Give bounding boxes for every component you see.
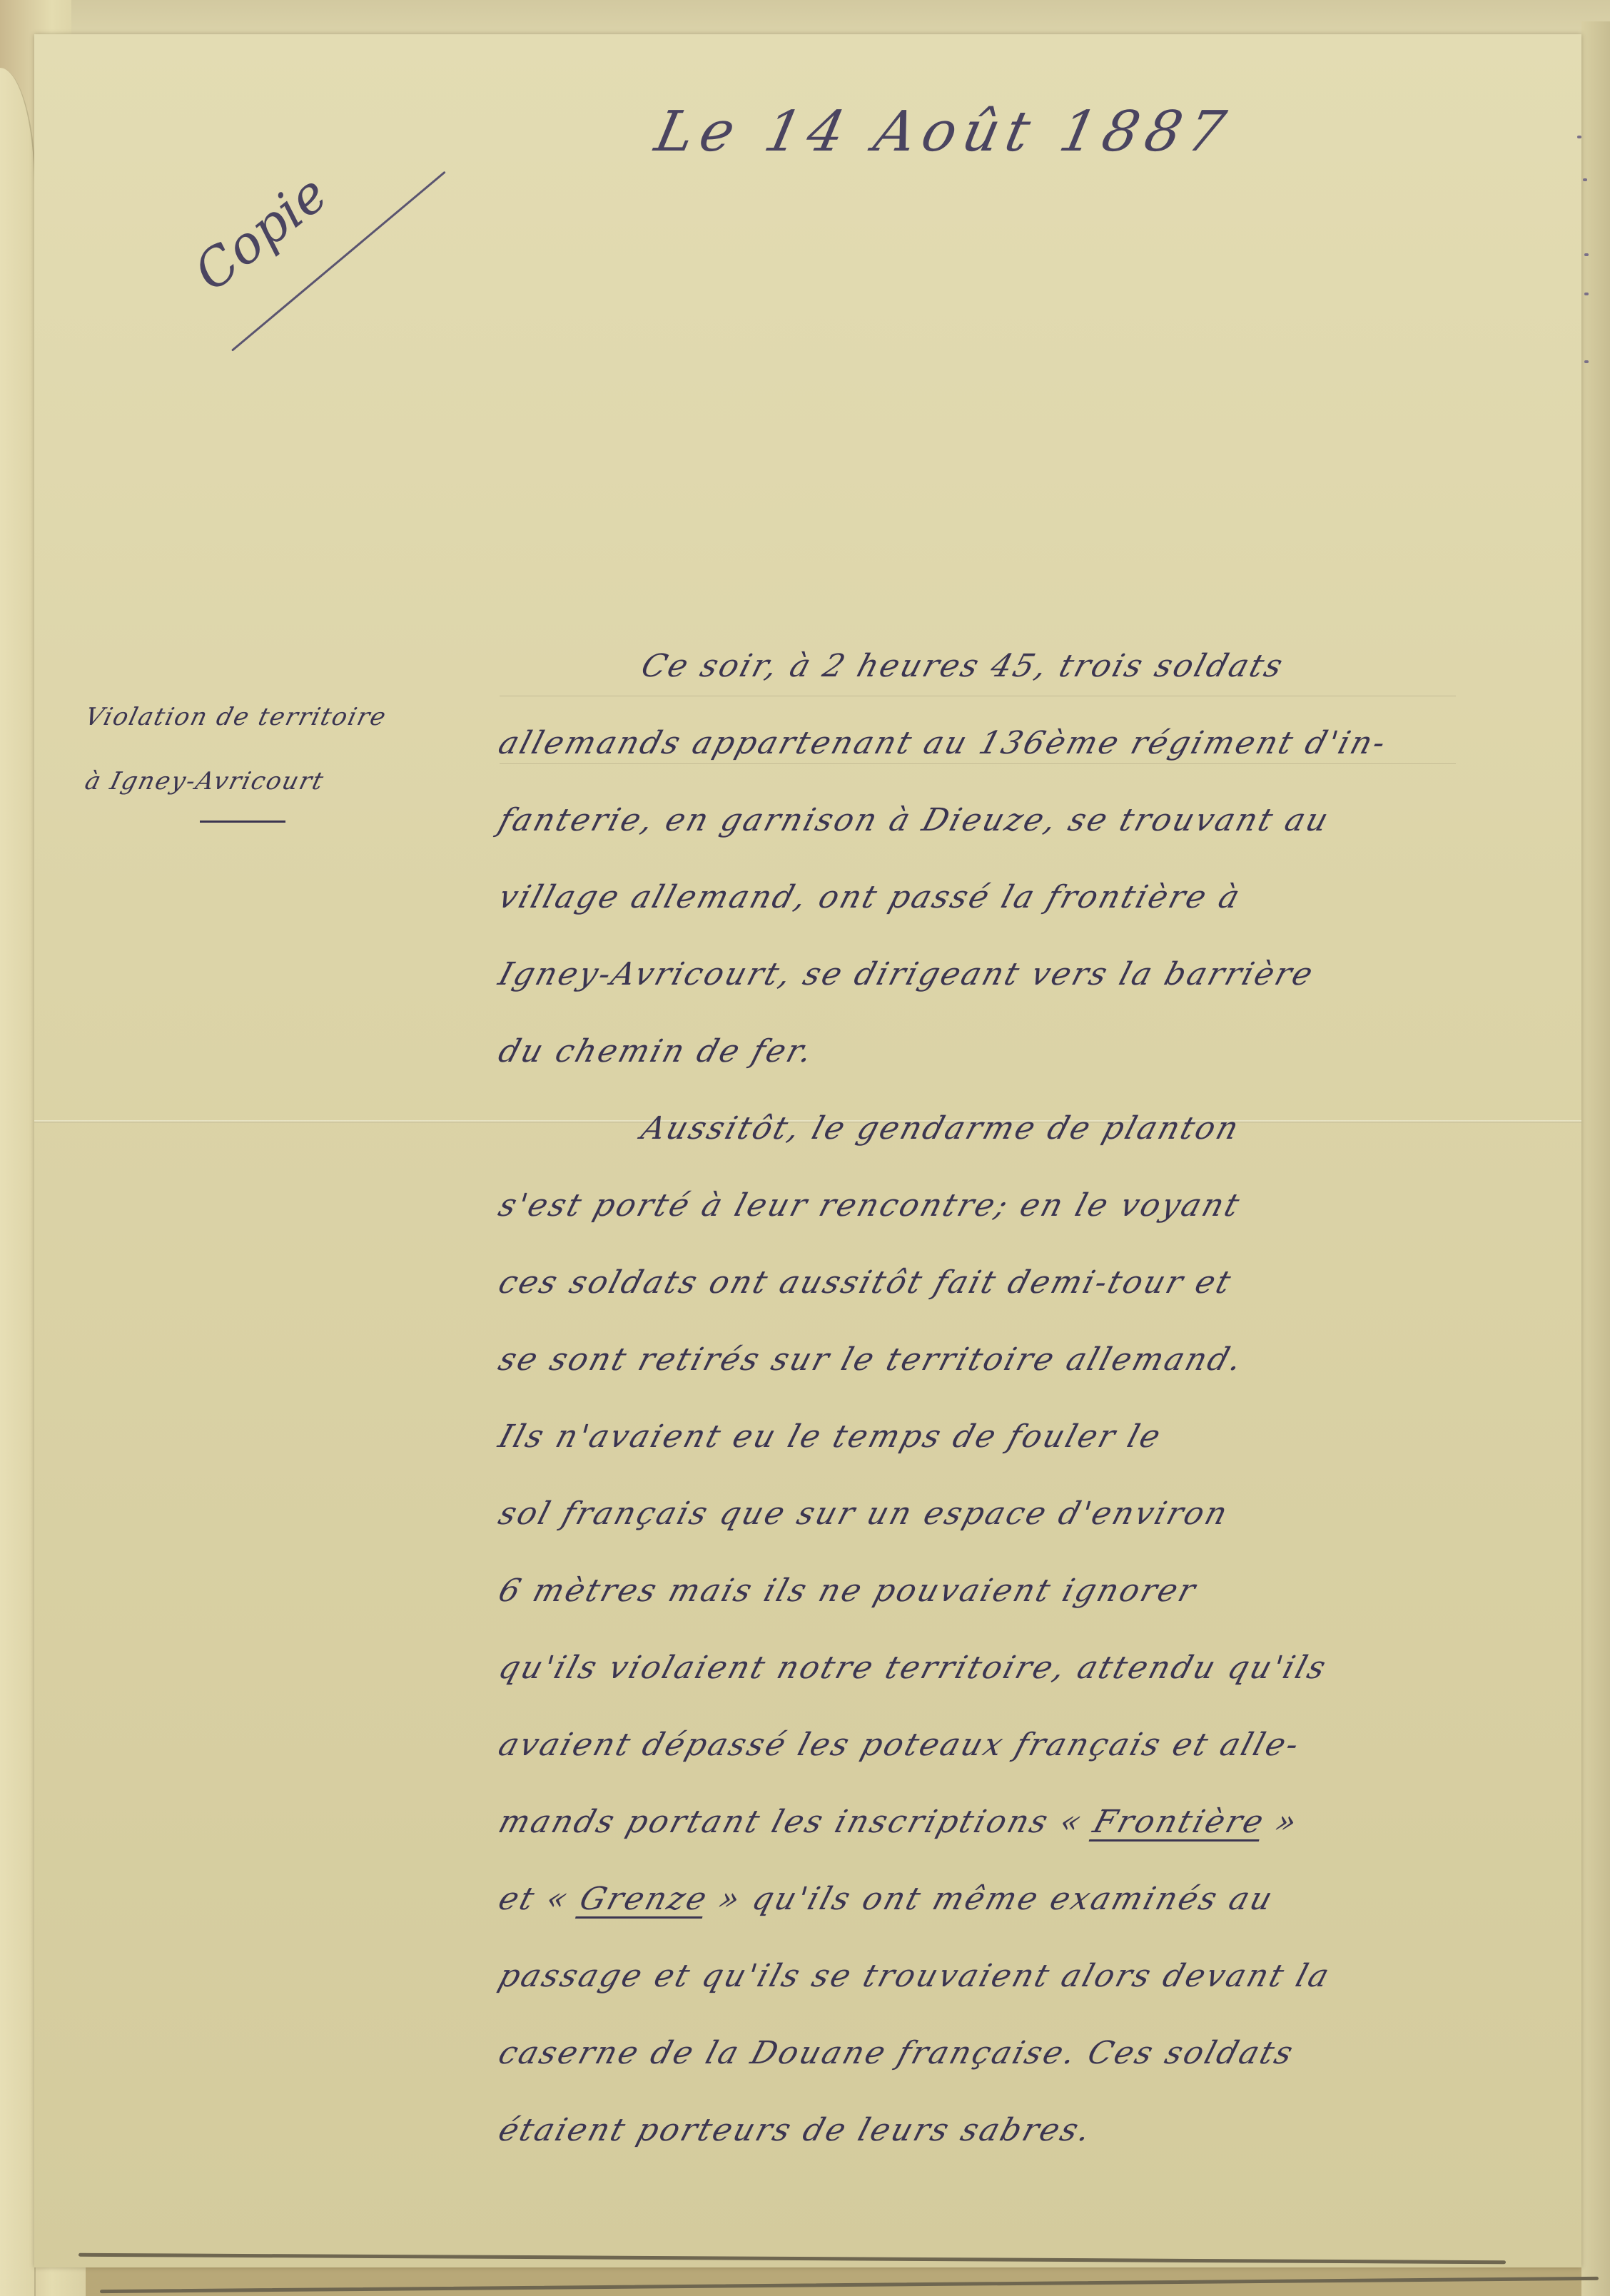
margin-note-line: à Igney-Avricourt <box>78 749 422 813</box>
body-line: s'est porté à leur rencontre; en le voya… <box>489 1167 1467 1244</box>
body-line: qu'ils violaient notre territoire, atten… <box>489 1630 1467 1707</box>
margin-note: Violation de territoire à Igney-Avricour… <box>86 685 414 823</box>
body-line: avaient dépassé les poteaux français et … <box>489 1707 1467 1784</box>
margin-note-underline <box>200 821 285 823</box>
letter-date: Le 14 Août 1887 <box>649 100 1237 164</box>
underlying-page-curl <box>0 68 36 2296</box>
letter-body: Ce soir, à 2 heures 45, trois soldats al… <box>500 628 1456 2169</box>
body-line: Ce soir, à 2 heures 45, trois soldats <box>489 628 1467 705</box>
body-line: caserne de la Douane française. Ces sold… <box>489 2015 1467 2092</box>
body-line: et « Grenze » qu'ils ont même examinés a… <box>489 1861 1467 1938</box>
body-line: village allemand, ont passé la frontière… <box>489 859 1467 936</box>
body-line: ces soldats ont aussitôt fait demi-tour … <box>489 1244 1467 1321</box>
body-line: sol français que sur un espace d'environ <box>489 1475 1467 1553</box>
edge-mark <box>1583 178 1587 181</box>
edge-mark <box>1584 253 1589 256</box>
body-line: Aussitôt, le gendarme de planton <box>489 1090 1467 1167</box>
edge-mark <box>1584 293 1589 295</box>
body-line: Igney-Avricourt, se dirigeant vers la ba… <box>489 936 1467 1013</box>
edge-mark <box>1584 360 1589 363</box>
body-line: 6 mètres mais ils ne pouvaient ignorer <box>489 1553 1467 1630</box>
body-line: passage et qu'ils se trouvaient alors de… <box>489 1938 1467 2015</box>
body-line: allemands appartenant au 136ème régiment… <box>489 705 1467 782</box>
body-line: fanterie, en garnison à Dieuze, se trouv… <box>489 782 1467 859</box>
body-line: mands portant les inscriptions « Frontiè… <box>489 1784 1467 1861</box>
margin-note-line: Violation de territoire <box>78 685 422 749</box>
body-line: se sont retirés sur le territoire allema… <box>489 1321 1467 1398</box>
body-line: du chemin de fer. <box>489 1013 1467 1090</box>
underlying-page-edge <box>100 2277 1599 2293</box>
edge-mark <box>1577 136 1581 138</box>
body-line: étaient porteurs de leurs sabres. <box>489 2092 1467 2169</box>
body-line: Ils n'avaient eu le temps de fouler le <box>489 1398 1467 1475</box>
copy-annotation: Copie <box>214 214 457 371</box>
